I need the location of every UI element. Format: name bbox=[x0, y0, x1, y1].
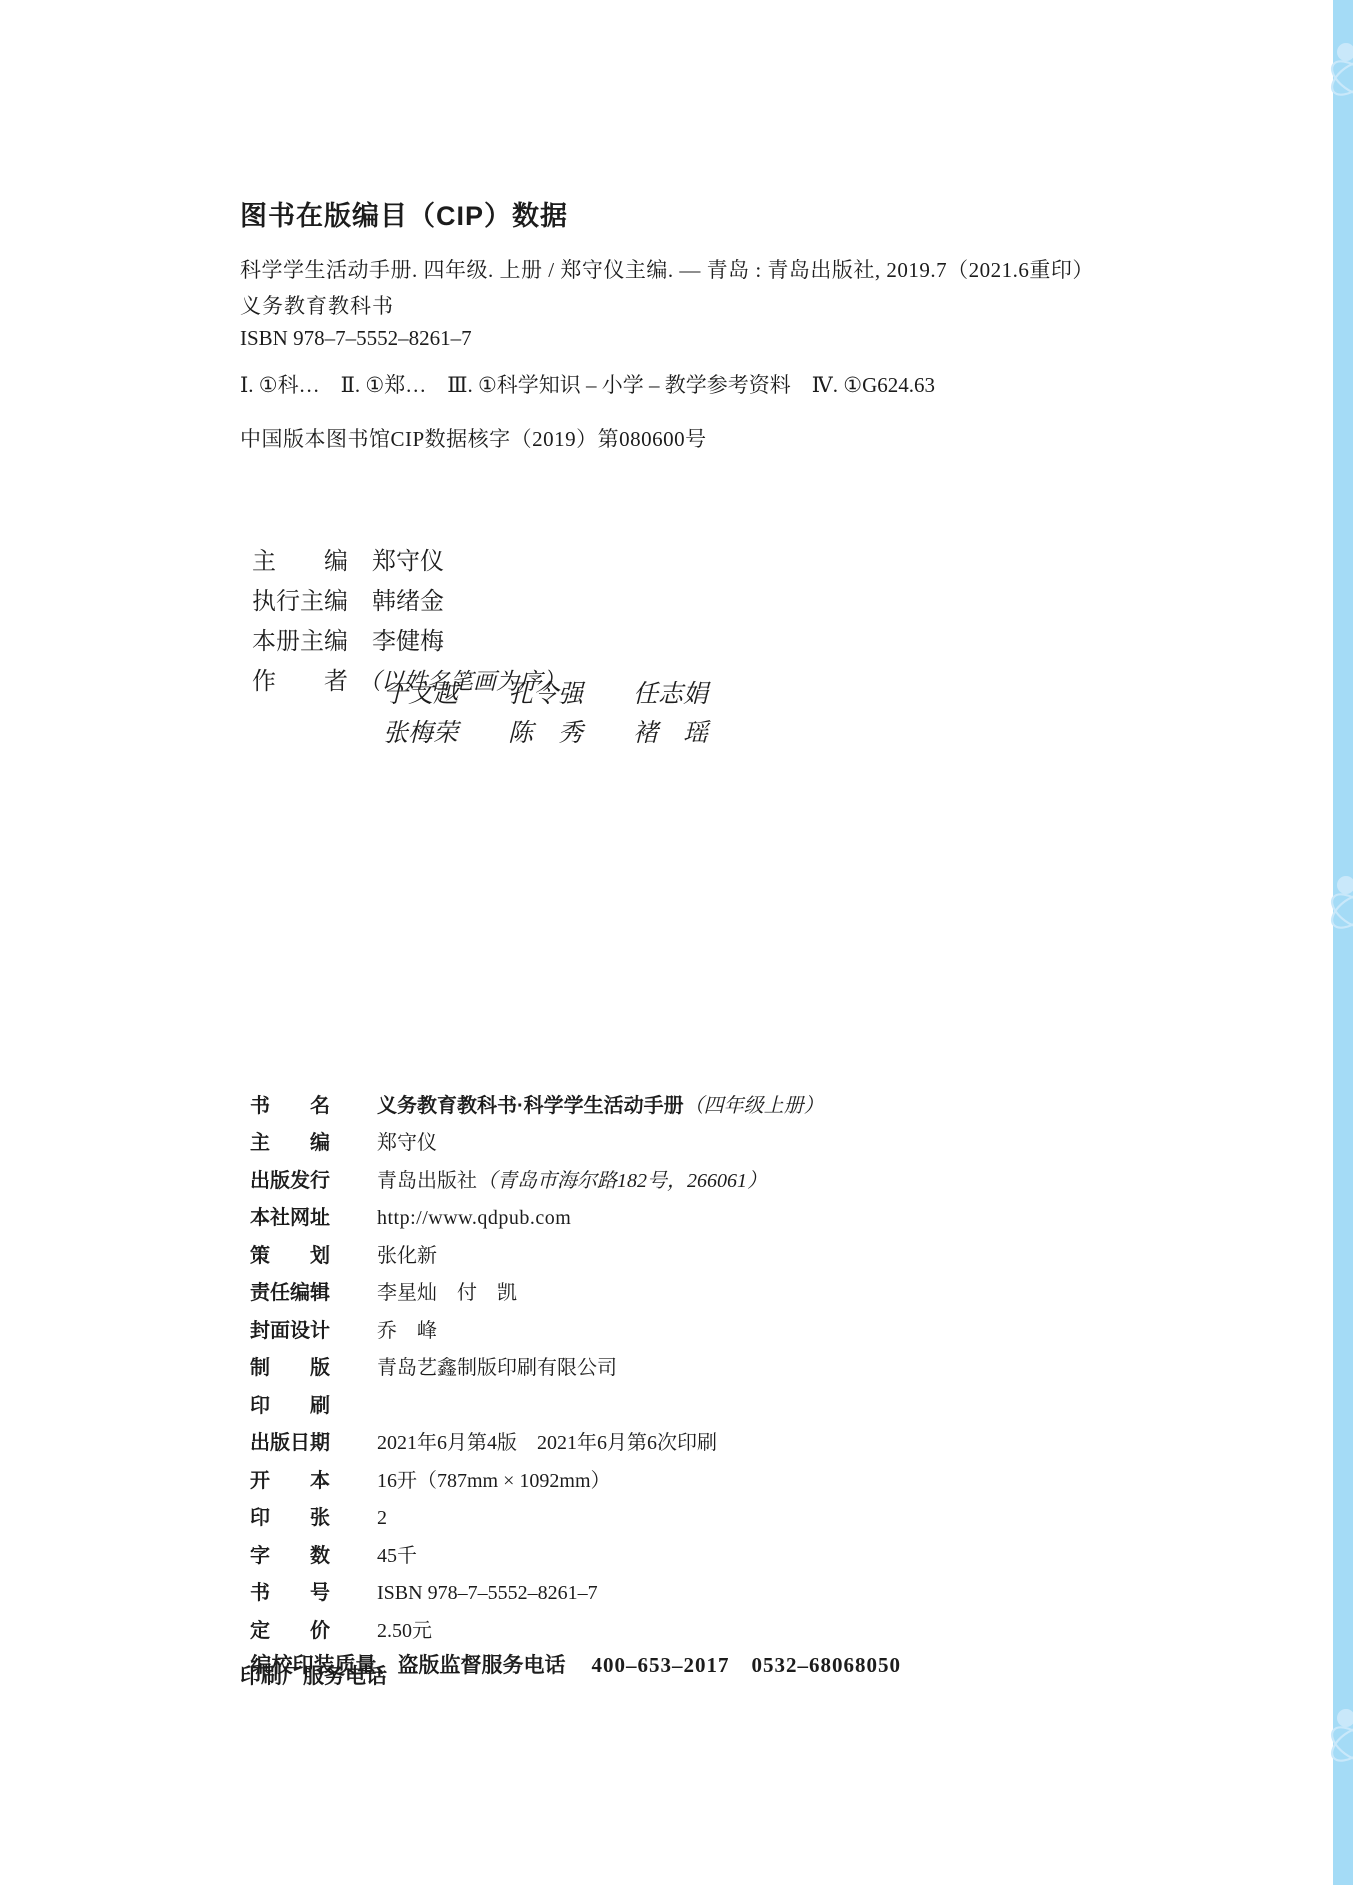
cip-classification-line: Ⅰ. ①科… Ⅱ. ①郑… Ⅲ. ①科学知识 – 小学 – 教学参考资料 Ⅳ. … bbox=[240, 369, 935, 399]
cip-copyright-page: { "cip": { "title": "图书在版编目（CIP）数据", "li… bbox=[0, 0, 1353, 1885]
right-edge-band bbox=[1333, 0, 1353, 1885]
pub-value: 16开（787mm × 1092mm） bbox=[377, 1470, 611, 1492]
cip-description-line: 科学学生活动手册. 四年级. 上册 / 郑守仪主编. — 青岛 : 青岛出版社,… bbox=[240, 254, 1094, 284]
cip-series-line: 义务教育教科书 bbox=[240, 290, 394, 320]
cip-title: 图书在版编目（CIP）数据 bbox=[240, 194, 568, 233]
printer-hotline-label: 印刷厂服务电话 bbox=[240, 1660, 387, 1690]
cip-isbn-line: ISBN 978–7–5552–8261–7 bbox=[240, 326, 472, 351]
quality-hotline-numbers: 400–653–2017 0532–68068050 bbox=[592, 1653, 902, 1677]
author-names-row: 于文越 孔令强 任志娟 bbox=[383, 674, 708, 710]
pub-value-paren: （四年级上册） bbox=[684, 1095, 824, 1117]
author-role-label: 作 者 bbox=[252, 661, 354, 696]
cip-record-number-line: 中国版本图书馆CIP数据核字（2019）第080600号 bbox=[240, 423, 707, 453]
author-names-row: 张梅荣 陈 秀 褚 瑶 bbox=[383, 713, 708, 749]
pub-value: 青岛艺鑫制版印刷有限公司 bbox=[377, 1357, 617, 1379]
